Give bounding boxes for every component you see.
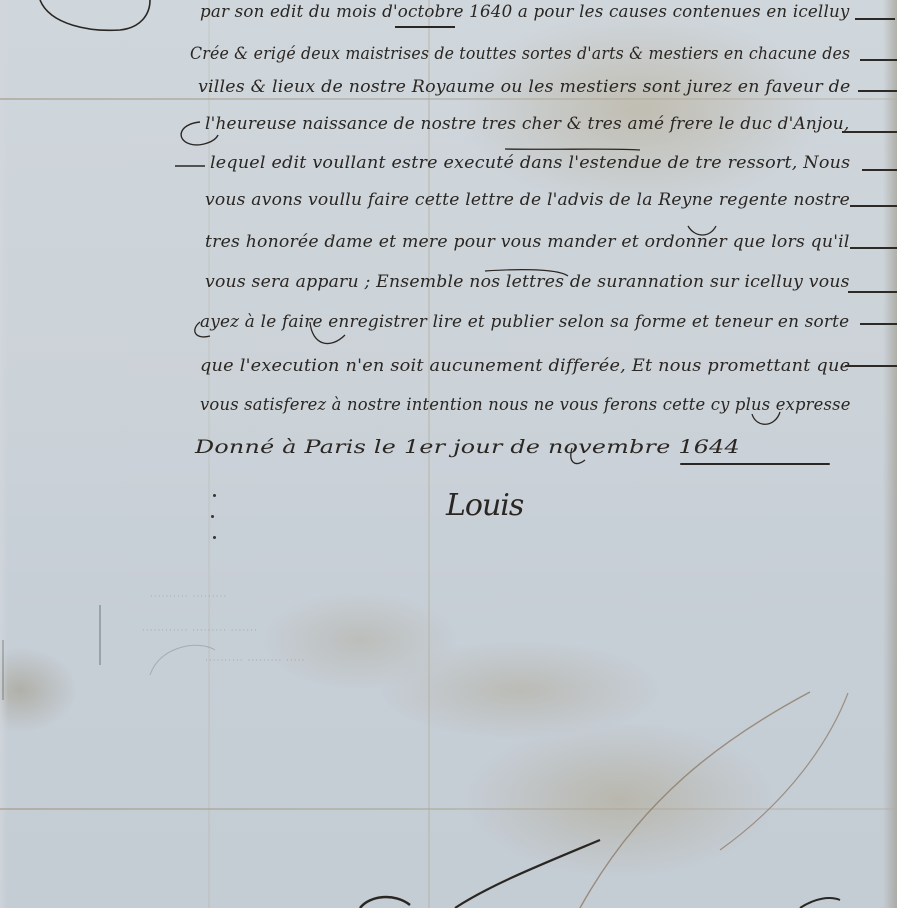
faint-offset-text: ············ ········· ······· [142, 626, 258, 636]
manuscript-line: ayez à le faire enregistrer lire et publ… [200, 312, 849, 332]
line-filler [850, 247, 897, 249]
manuscript-page: par son edit du mois d'octobre 1640 a po… [0, 0, 897, 908]
date-underline [680, 463, 830, 465]
line-filler [858, 90, 897, 92]
manuscript-line: Crée & erigé deux maistrises de touttes … [190, 44, 850, 64]
margin-dot [211, 515, 214, 518]
manuscript-line: que l'execution n'en soit aucunement dif… [200, 356, 850, 376]
line-filler [842, 131, 897, 133]
line-filler [848, 291, 897, 293]
manuscript-line: lequel edit voullant estre executé dans … [210, 153, 850, 173]
manuscript-line: villes & lieux de nostre Royaume ou les … [198, 77, 850, 97]
margin-dot [213, 536, 216, 539]
line-filler [850, 205, 897, 207]
line-filler [860, 323, 897, 325]
line-filler [862, 169, 897, 171]
manuscript-line: tres honorée dame et mere pour vous mand… [205, 232, 850, 252]
manuscript-line: vous sera apparu ; Ensemble nos lettres … [205, 272, 850, 292]
manuscript-line: vous satisferez à nostre intention nous … [200, 395, 851, 415]
royal-signature: Louis [446, 488, 523, 523]
line-filler [855, 18, 895, 20]
manuscript-line: vous avons voullu faire cette lettre de … [205, 190, 850, 210]
manuscript-line: par son edit du mois d'octobre 1640 a po… [200, 2, 850, 22]
faint-offset-text: ·········· ········· [150, 592, 227, 602]
line-filler [845, 365, 897, 367]
year-underline [395, 26, 455, 28]
manuscript-line: l'heureuse naissance de nostre tres cher… [205, 114, 849, 134]
closing-date: Donné à Paris le 1er jour de novembre 16… [195, 436, 740, 458]
margin-dot [213, 494, 216, 497]
line-filler [860, 59, 897, 61]
faint-offset-text: ·········· ········· ····· [205, 656, 305, 666]
